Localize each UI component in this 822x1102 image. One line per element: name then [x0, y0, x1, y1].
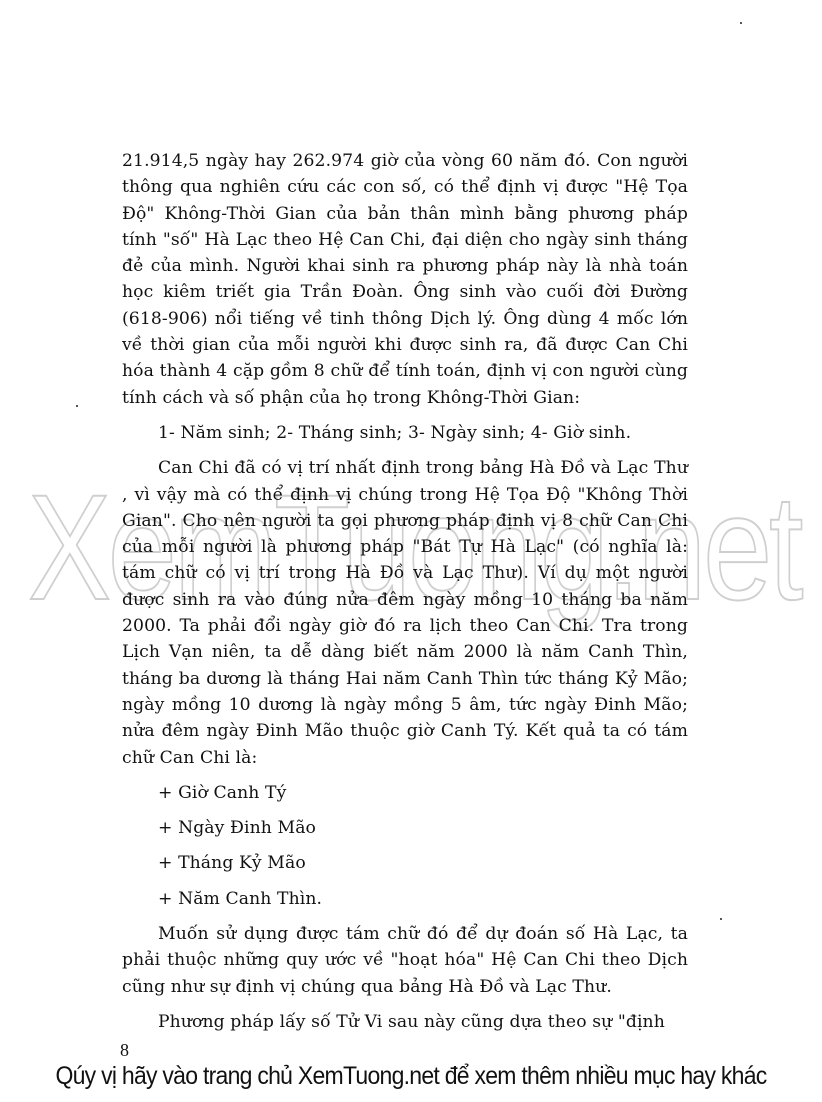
can-chi-list: + Giờ Canh Tý + Ngày Đinh Mão + Tháng Kỷ…: [122, 780, 688, 912]
list-item: + Ngày Đinh Mão: [158, 815, 688, 841]
birth-elements-line: 1- Năm sinh; 2- Tháng sinh; 3- Ngày sinh…: [158, 420, 688, 446]
list-item: + Tháng Kỷ Mão: [158, 850, 688, 876]
page-body: 21.914,5 ngày hay 262.974 giờ của vòng 6…: [122, 148, 688, 1044]
scan-speck: [720, 918, 722, 920]
list-item: + Năm Canh Thìn.: [158, 886, 688, 912]
scan-speck: [740, 22, 742, 24]
paragraph: 21.914,5 ngày hay 262.974 giờ của vòng 6…: [122, 148, 688, 411]
scan-speck: [76, 405, 78, 407]
paragraph: Muốn sử dụng được tám chữ đó để dự đoán …: [122, 921, 688, 1000]
list-item: + Giờ Canh Tý: [158, 780, 688, 806]
footer-banner: Qúy vị hãy vào trang chủ XemTuong.net để…: [33, 1062, 789, 1091]
paragraph: Can Chi đã có vị trí nhất định trong bản…: [122, 455, 688, 771]
paragraph: Phương pháp lấy số Tử Vi sau này cũng dự…: [122, 1009, 688, 1035]
page-number: 8: [120, 1040, 129, 1061]
